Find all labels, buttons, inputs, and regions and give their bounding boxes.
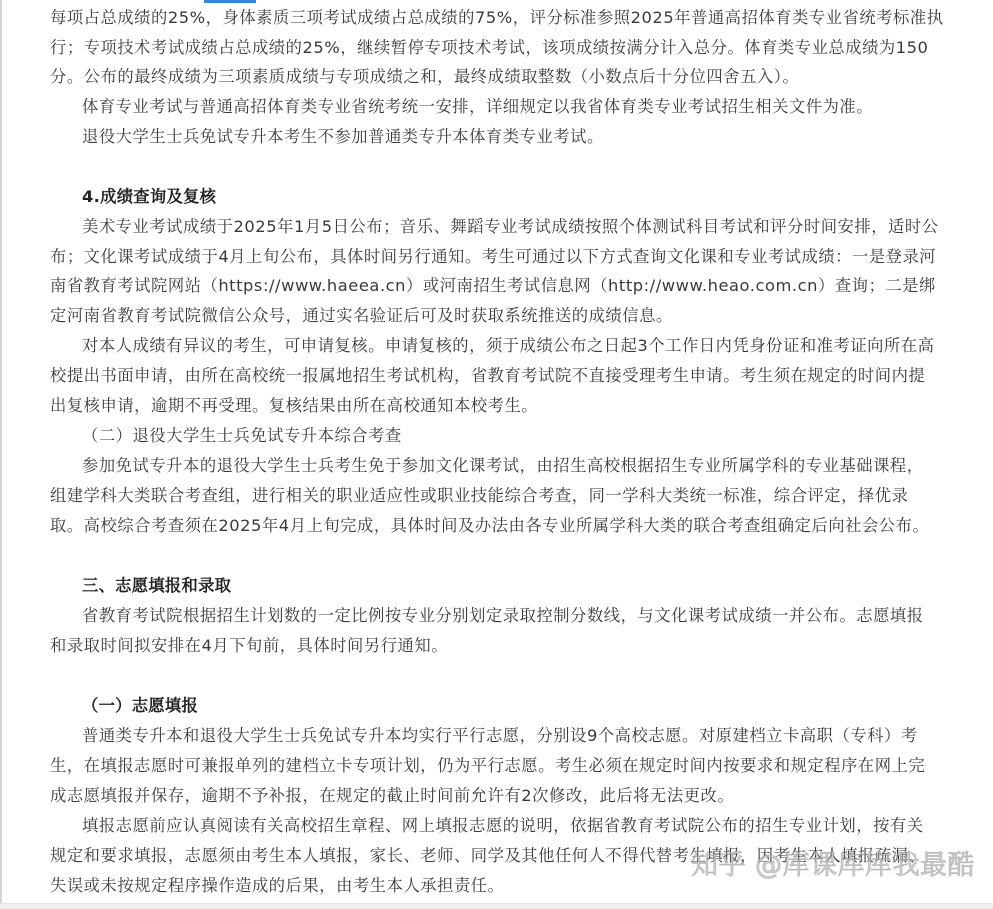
paragraph-line: 组建学科大类联合考查组，进行相关的职业适应性或职业技能综合考查，同一学科大类统一… bbox=[50, 482, 908, 510]
paragraph-line: 生，在填报志愿时可兼报单列的建档立卡专项计划，仍为平行志愿。考生必须在规定时间内… bbox=[50, 752, 925, 780]
paragraph-line: 和录取时间拟安排在4月下旬前，具体时间另行通知。 bbox=[50, 632, 448, 660]
paragraph-line: 普通类专升本和退役大学生士兵免试专升本均实行平行志愿，分别设9个高校志愿。对原建… bbox=[82, 722, 918, 750]
paragraph-line: 成志愿填报并保存，逾期不予补报，在规定的截止时间前允许有2次修改，此后将无法更改… bbox=[50, 782, 734, 810]
paragraph-line: 退役大学生士兵免试专升本考生不参加普通类专升本体育类专业考试。 bbox=[82, 123, 604, 151]
paragraph-line: 体育专业考试与普通高招体育类专业省统考统一安排，详细规定以我省体育类专业考试招生… bbox=[82, 93, 873, 121]
paragraph-line: 南省教育考试院网站（https://www.haeea.cn）或河南招生考试信息… bbox=[50, 272, 936, 300]
paragraph-line: 出复核申请，逾期不再受理。复核结果由所在高校通知本校考生。 bbox=[50, 392, 538, 420]
paragraph-line: 每项占总成绩的25%，身体素质三项考试成绩占总成绩的75%，评分标准参照2025… bbox=[50, 4, 944, 32]
watermark: 知乎 @库课库库我最酷 bbox=[691, 846, 975, 886]
paragraph-line: 布；文化课考试成绩于4月上旬公布，具体时间另行通知。考生可通过以下方式查询文化课… bbox=[50, 243, 936, 271]
paragraph-line: 对本人成绩有异议的考生，可申请复核。申请复核的，须于成绩公布之日起3个工作日内凭… bbox=[82, 332, 934, 360]
paragraph-line: 美术专业考试成绩于2025年1月5日公布；音乐、舞蹈专业考试成绩按照个体测试科目… bbox=[82, 213, 939, 241]
paragraph-line: 参加免试专升本的退役大学生士兵考生免于参加文化课考试，由招生高校根据招生专业所属… bbox=[82, 452, 924, 480]
paragraph-line: 定河南省教育考试院微信公众号，通过实名验证后可及时获取系统推送的成绩信息。 bbox=[50, 302, 673, 330]
paragraph-line: 填报志愿前应认真阅读有关高校招生章程、网上填报志愿的说明，依据省教育考试院公布的… bbox=[82, 812, 924, 840]
bottom-edge bbox=[0, 903, 993, 909]
paragraph-line: 取。高校综合考查须在2025年4月上旬完成，具体时间及办法由各专业所属学科大类的… bbox=[50, 512, 929, 540]
section-heading: （一）志愿填报 bbox=[82, 692, 198, 720]
paragraph-line: 校提出书面申请，由所在高校统一报属地招生考试机构，省教育考试院不直接受理考生申请… bbox=[50, 362, 925, 390]
left-border bbox=[0, 0, 2, 903]
paragraph-line: 行；专项技术考试成绩占总成绩的25%，继续暂停专项技术考试，该项成绩按满分计入总… bbox=[50, 34, 928, 62]
paragraph-line: 省教育考试院根据招生计划数的一定比例按专业分别划定录取控制分数线，与文化课考试成… bbox=[82, 602, 924, 630]
paragraph-line: 失误或未按规定程序操作造成的后果，由考生本人承担责任。 bbox=[50, 872, 504, 900]
section-heading: 三、志愿填报和录取 bbox=[82, 572, 231, 600]
section-heading: 4.成绩查询及复核 bbox=[82, 183, 216, 211]
paragraph-line: （二）退役大学生士兵免试专升本综合考查 bbox=[82, 422, 402, 450]
active-tab-indicator bbox=[204, 0, 256, 3]
paragraph-line: 分。公布的最终成绩为三项素质成绩与专项成绩之和，最终成绩取整数（小数点后十分位四… bbox=[50, 63, 799, 91]
